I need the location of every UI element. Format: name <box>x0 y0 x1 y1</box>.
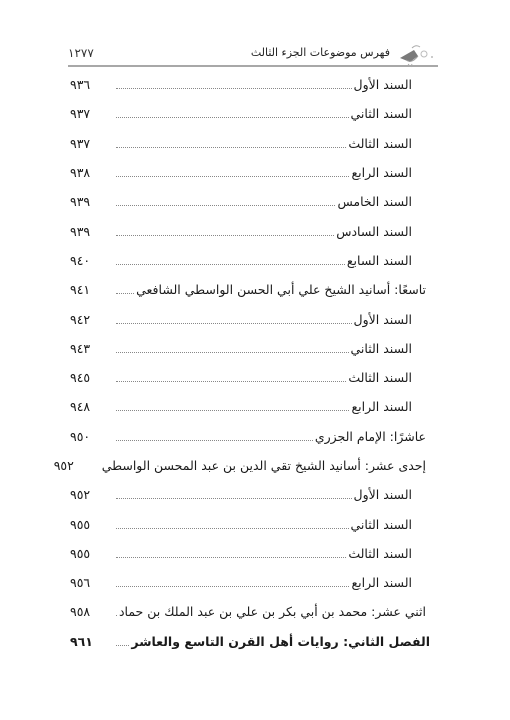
dot-leader <box>116 176 349 177</box>
toc-entry[interactable]: السند الأول٩٥٢ <box>70 480 430 509</box>
toc-entry[interactable]: إحدى عشر: أسانيد الشيخ تقي الدين بن عبد … <box>70 451 430 480</box>
toc-entry-page: ٩٤١ <box>70 282 104 297</box>
page-number: ١٢٧٧ <box>68 46 94 60</box>
toc-entry-page: ٩٤٢ <box>70 312 104 327</box>
toc-entry-title: السند الثاني <box>349 341 431 356</box>
header-rule <box>68 65 438 67</box>
toc-entry-title: السند الخامس <box>335 194 430 209</box>
toc-entry[interactable]: السند الخامس٩٣٩ <box>70 187 430 216</box>
toc-entry-title: السند الرابع <box>349 165 430 180</box>
dot-leader <box>116 117 349 118</box>
toc-entry[interactable]: السند الثاني٩٥٥ <box>70 509 430 538</box>
toc-entry-title: السند الأول <box>352 487 430 502</box>
toc-entry-title: السند الثالث <box>346 546 430 561</box>
toc-entry[interactable]: السند الثاني٩٤٣ <box>70 334 430 363</box>
dot-leader <box>116 264 345 265</box>
toc-entry-title: السند السادس <box>334 224 430 239</box>
dot-leader <box>116 88 352 89</box>
toc-entry[interactable]: السند الأول٩٤٢ <box>70 304 430 333</box>
toc-entry[interactable]: عاشرًا: الإمام الجزري٩٥٠ <box>70 422 430 451</box>
toc-entry-page: ٩٥٦ <box>70 575 104 590</box>
toc-entry[interactable]: اثني عشر: محمد بن أبي بكر بن علي بن عبد … <box>70 597 430 626</box>
toc-entry-title: إحدى عشر: أسانيد الشيخ تقي الدين بن عبد … <box>100 458 430 473</box>
toc-entry-page: ٩٥٨ <box>70 604 104 619</box>
dot-leader <box>116 205 335 206</box>
toc-entry-page: ٩٥٠ <box>70 429 104 444</box>
dot-leader <box>116 381 346 382</box>
toc-entry-page: ٩٤٥ <box>70 370 104 385</box>
toc-entry-page: ٩٥٥ <box>70 517 104 532</box>
toc-entry-title: السند الأول <box>352 77 430 92</box>
toc-entry-page: ٩٥٢ <box>54 458 88 473</box>
toc-entry-page: ٩٣٦ <box>70 77 104 92</box>
toc-entry[interactable]: السند الرابع٩٥٦ <box>70 568 430 597</box>
toc-entry[interactable]: السند الأول٩٣٦ <box>70 70 430 99</box>
toc-entry-page: ٩٣٧ <box>70 106 104 121</box>
toc-entry[interactable]: السند الثالث٩٥٥ <box>70 539 430 568</box>
toc-entry-page: ٩٣٨ <box>70 165 104 180</box>
toc-entry[interactable]: السند الثالث٩٣٧ <box>70 129 430 158</box>
toc-entry[interactable]: السند الثالث٩٤٥ <box>70 363 430 392</box>
toc-entry-page: ٩٣٧ <box>70 136 104 151</box>
toc-entry-title: السند الرابع <box>349 399 430 414</box>
dot-leader <box>116 586 349 587</box>
dot-leader <box>116 440 313 441</box>
toc-entry[interactable]: السند الثاني٩٣٧ <box>70 99 430 128</box>
toc-entry-page: ٩٦١ <box>70 634 104 649</box>
dot-leader <box>116 615 117 616</box>
toc-entry-title: السند الثالث <box>346 136 430 151</box>
toc-entry-title: الفصل الثاني: روايات أهل القرن التاسع وا… <box>129 634 430 649</box>
running-header: ١٢٧٧ فهرس موضوعات الجزء الثالث <box>68 44 438 66</box>
toc-entry-page: ٩٤٨ <box>70 399 104 414</box>
toc-entry[interactable]: السند السادس٩٣٩ <box>70 216 430 245</box>
dot-leader <box>116 410 349 411</box>
toc-entry-page: ٩٥٢ <box>70 487 104 502</box>
dot-leader <box>116 323 352 324</box>
dot-leader <box>116 528 349 529</box>
toc-entry-page: ٩٣٩ <box>70 194 104 209</box>
dot-leader <box>116 147 346 148</box>
toc-entry[interactable]: الفصل الثاني: روايات أهل القرن التاسع وا… <box>70 627 430 656</box>
dot-leader <box>116 645 129 646</box>
toc-entry-title: السند الثاني <box>349 517 431 532</box>
toc-entry[interactable]: تاسعًا: أسانيد الشيخ علي أبي الحسن الواس… <box>70 275 430 304</box>
dot-leader <box>116 352 349 353</box>
toc-entry-title: اثني عشر: محمد بن أبي بكر بن علي بن عبد … <box>117 604 430 619</box>
toc-entry-title: السند الثالث <box>346 370 430 385</box>
dot-leader <box>116 235 334 236</box>
toc-entry[interactable]: السند السابع٩٤٠ <box>70 246 430 275</box>
dot-leader <box>116 293 134 294</box>
running-title: فهرس موضوعات الجزء الثالث <box>251 46 390 59</box>
toc-entry[interactable]: السند الرابع٩٤٨ <box>70 392 430 421</box>
toc-entry-page: ٩٣٩ <box>70 224 104 239</box>
table-of-contents: السند الأول٩٣٦السند الثاني٩٣٧السند الثال… <box>70 70 430 656</box>
toc-entry-page: ٩٤٠ <box>70 253 104 268</box>
toc-entry-title: السند الأول <box>352 312 430 327</box>
toc-entry-title: السند السابع <box>345 253 430 268</box>
toc-entry-page: ٩٤٣ <box>70 341 104 356</box>
toc-entry-title: تاسعًا: أسانيد الشيخ علي أبي الحسن الواس… <box>134 282 430 297</box>
dot-leader <box>116 557 346 558</box>
toc-entry-page: ٩٥٥ <box>70 546 104 561</box>
toc-entry-title: عاشرًا: الإمام الجزري <box>313 429 430 444</box>
toc-entry-title: السند الرابع <box>349 575 430 590</box>
dot-leader <box>116 498 352 499</box>
toc-entry-title: السند الثاني <box>349 106 431 121</box>
toc-entry[interactable]: السند الرابع٩٣٨ <box>70 158 430 187</box>
